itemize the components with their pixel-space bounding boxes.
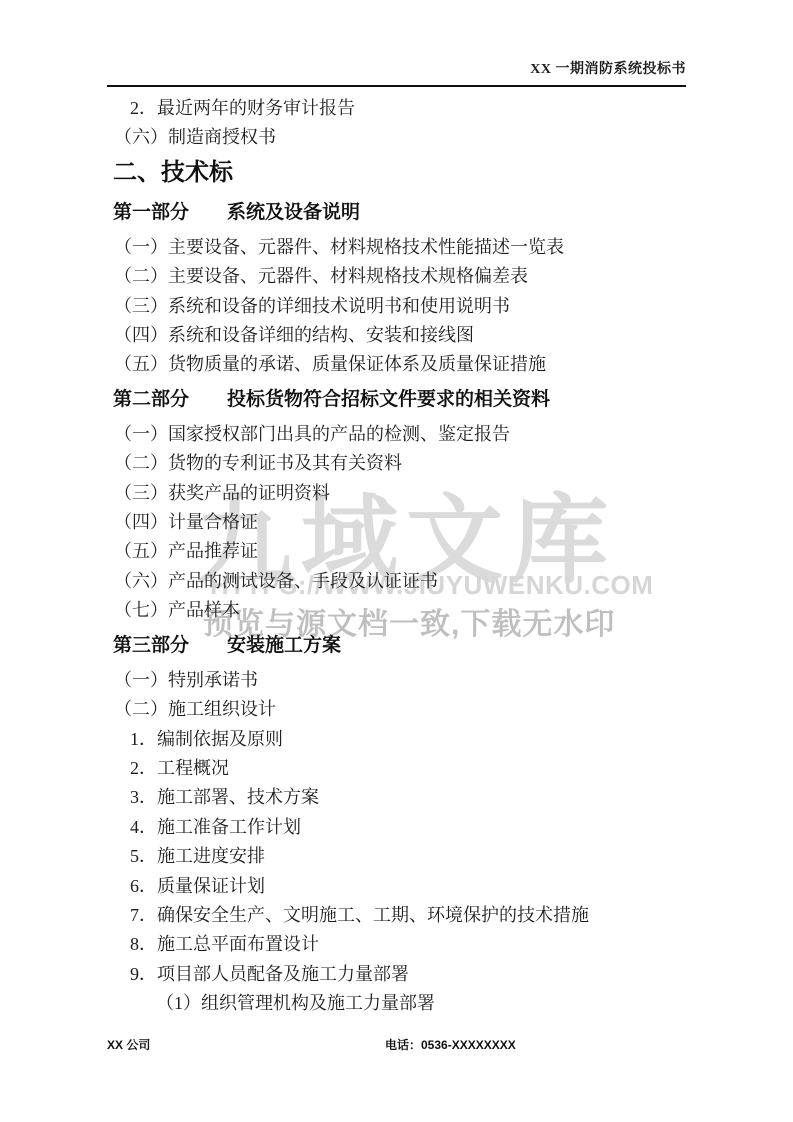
doc-line: （一）主要设备、元器件、材料规格技术性能描述一览表 xyxy=(107,233,698,262)
footer-company: XX 公司 xyxy=(107,1038,150,1052)
footer-phone: 电话：0536-XXXXXXXX xyxy=(385,1036,516,1053)
part-heading: 第二部分 投标货物符合招标文件要求的相关资料 xyxy=(107,380,698,420)
doc-line: （1）组织管理机构及施工力量部署 xyxy=(107,989,698,1018)
part-heading: 第一部分 系统及设备说明 xyxy=(107,193,698,233)
page-header: XX 一期消防系统投标书 xyxy=(107,58,686,87)
doc-line: （五）产品推荐证 xyxy=(107,537,698,566)
part-heading: 第三部分 安装施工方案 xyxy=(107,626,698,666)
doc-line: 5．施工进度安排 xyxy=(107,842,698,871)
section-heading: 二、技术标 xyxy=(107,153,698,193)
doc-line: （七）产品样本 xyxy=(107,596,698,625)
doc-line: 8．施工总平面布置设计 xyxy=(107,930,698,959)
doc-line: （一）国家授权部门出具的产品的检测、鉴定报告 xyxy=(107,420,698,449)
doc-line: 7．确保安全生产、文明施工、工期、环境保护的技术措施 xyxy=(107,901,698,930)
doc-line: （三）系统和设备的详细技术说明书和使用说明书 xyxy=(107,292,698,321)
doc-line: （二）货物的专利证书及其有关资料 xyxy=(107,449,698,478)
doc-line: （二）主要设备、元器件、材料规格技术规格偏差表 xyxy=(107,262,698,291)
doc-line: 3．施工部署、技术方案 xyxy=(107,783,698,812)
doc-line: （四）系统和设备详细的结构、安装和接线图 xyxy=(107,321,698,350)
doc-line: 6．质量保证计划 xyxy=(107,872,698,901)
doc-line: 9．项目部人员配备及施工力量部署 xyxy=(107,960,698,989)
page-footer: XX 公司 电话：0536-XXXXXXXX xyxy=(107,1036,686,1053)
header-title: XX 一期消防系统投标书 xyxy=(530,62,686,77)
doc-line: 2．最近两年的财务审计报告 xyxy=(107,94,698,123)
doc-line: （一）特别承诺书 xyxy=(107,666,698,695)
doc-line: （六）制造商授权书 xyxy=(107,123,698,152)
doc-line: 4．施工准备工作计划 xyxy=(107,813,698,842)
doc-line: （五）货物质量的承诺、质量保证体系及质量保证措施 xyxy=(107,350,698,379)
doc-line: （六）产品的测试设备、手段及认证证书 xyxy=(107,567,698,596)
doc-line: 1．编制依据及原则 xyxy=(107,725,698,754)
document-body: 2．最近两年的财务审计报告 （六）制造商授权书 二、技术标 第一部分 系统及设备… xyxy=(107,94,698,1019)
doc-line: 2．工程概况 xyxy=(107,754,698,783)
doc-line: （四）计量合格证 xyxy=(107,508,698,537)
doc-line: （三）获奖产品的证明资料 xyxy=(107,479,698,508)
document-page: XX 一期消防系统投标书 九域文库 HTTPS://WWW.JIUYUWENKU… xyxy=(0,0,793,1122)
doc-line: （二）施工组织设计 xyxy=(107,695,698,724)
